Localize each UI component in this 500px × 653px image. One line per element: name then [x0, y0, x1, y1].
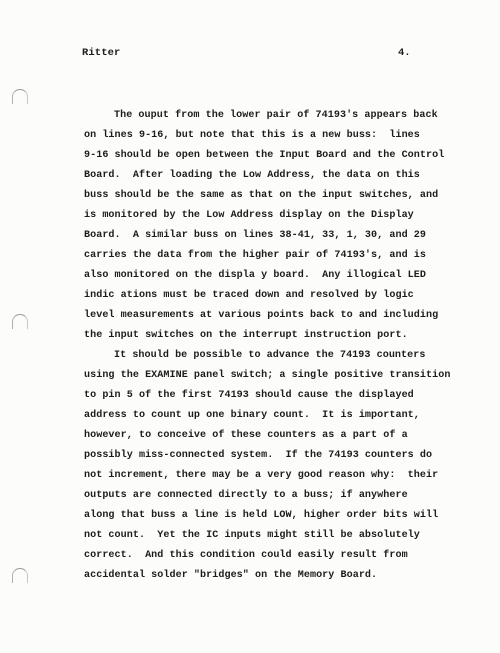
text-line: using the EXAMINE panel switch; a single…: [84, 366, 484, 386]
text-line: accidental solder "bridges" on the Memor…: [84, 566, 484, 586]
page-number: 4.: [398, 47, 411, 59]
text-line: also monitored on the displa y board. An…: [84, 266, 484, 286]
text-line: buss should be the same as that on the i…: [84, 186, 484, 206]
text-line: on lines 9-16, but note that this is a n…: [84, 126, 484, 146]
text-line: to pin 5 of the first 74193 should cause…: [84, 386, 484, 406]
author-header: Ritter: [82, 47, 120, 59]
text-line: The ouput from the lower pair of 74193's…: [84, 106, 484, 126]
typewritten-page: Ritter 4. The ouput from the lower pair …: [0, 0, 500, 653]
binder-hole-mark-icon: [12, 568, 28, 583]
binder-hole-mark-icon: [12, 89, 28, 104]
text-line: It should be possible to advance the 741…: [84, 346, 484, 366]
text-line: level measurements at various points bac…: [84, 306, 484, 326]
text-line: along that buss a line is held LOW, high…: [84, 506, 484, 526]
paragraph-2: It should be possible to advance the 741…: [84, 346, 484, 586]
text-line: the input switches on the interrupt inst…: [84, 326, 484, 346]
text-line: Board. After loading the Low Address, th…: [84, 166, 484, 186]
text-line: not count. Yet the IC inputs might still…: [84, 526, 484, 546]
document-body: The ouput from the lower pair of 74193's…: [84, 106, 484, 586]
text-line: not increment, there may be a very good …: [84, 466, 484, 486]
text-line: 9-16 should be open between the Input Bo…: [84, 146, 484, 166]
text-line: address to count up one binary count. It…: [84, 406, 484, 426]
binder-hole-mark-icon: [12, 314, 28, 329]
text-line: indic ations must be traced down and res…: [84, 286, 484, 306]
text-line: however, to conceive of these counters a…: [84, 426, 484, 446]
text-line: is monitored by the Low Address display …: [84, 206, 484, 226]
paragraph-1: The ouput from the lower pair of 74193's…: [84, 106, 484, 346]
text-line: Board. A similar buss on lines 38-41, 33…: [84, 226, 484, 246]
text-line: correct. And this condition could easily…: [84, 546, 484, 566]
text-line: possibly miss-connected system. If the 7…: [84, 446, 484, 466]
text-line: outputs are connected directly to a buss…: [84, 486, 484, 506]
text-line: carries the data from the higher pair of…: [84, 246, 484, 266]
